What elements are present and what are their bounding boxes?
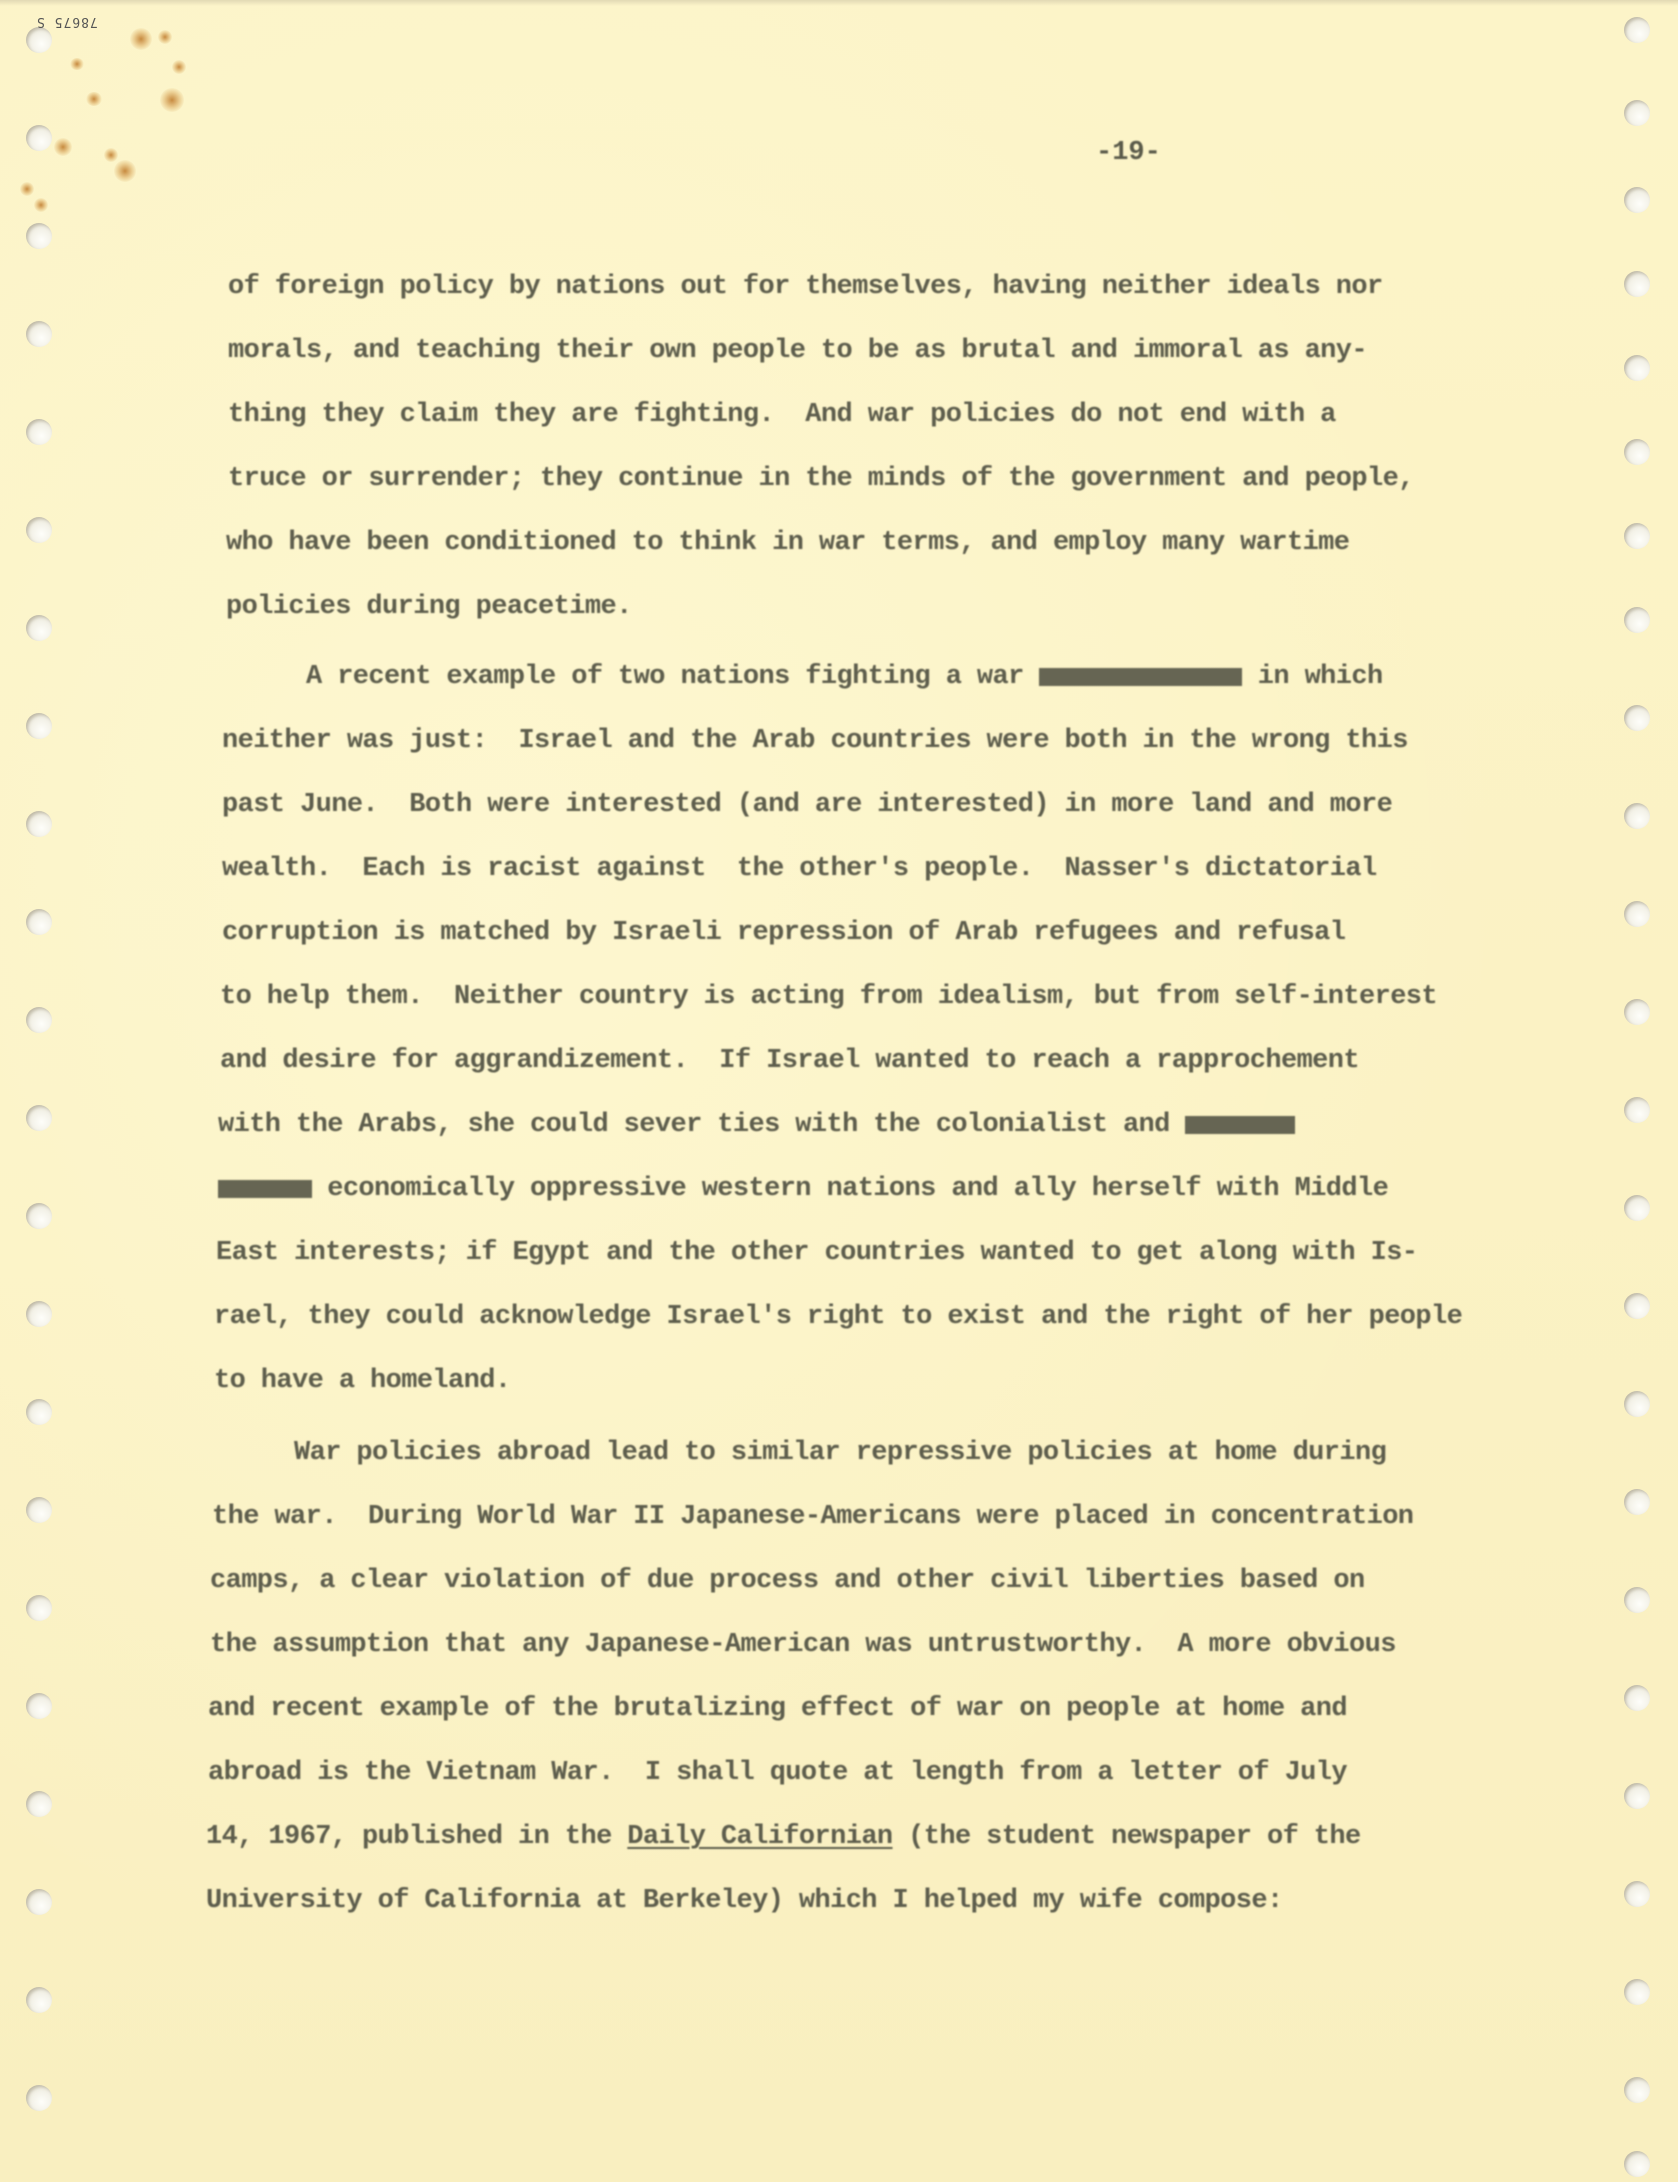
feed-hole — [26, 1203, 52, 1229]
text-segment: morals, and teaching their own people to… — [228, 336, 1367, 366]
feed-hole — [1624, 705, 1650, 731]
feed-hole — [26, 1301, 52, 1327]
text-segment: with the Arabs, she could sever ties wit… — [218, 1110, 1185, 1140]
feed-hole — [1624, 1685, 1650, 1711]
struck-out-text: xxxxxxxxxxxxx — [1039, 662, 1242, 692]
feed-hole — [26, 1007, 52, 1033]
text-segment: East interests; if Egypt and the other c… — [216, 1238, 1417, 1268]
text-line: of foreign policy by nations out for the… — [228, 274, 1383, 301]
text-segment: and recent example of the brutalizing ef… — [208, 1694, 1347, 1724]
text-line: morals, and teaching their own people to… — [228, 338, 1367, 365]
stain-spot — [20, 182, 34, 196]
page-number: -19- — [1096, 138, 1161, 168]
stain-spot — [34, 198, 48, 212]
feed-hole — [1624, 1587, 1650, 1613]
feed-hole — [1624, 17, 1650, 43]
feed-hole — [1624, 187, 1650, 213]
feed-hole — [26, 1987, 52, 2013]
underlined-title: Daily Californian — [627, 1822, 892, 1852]
text-segment: rael, they could acknowledge Israel's ri… — [214, 1302, 1462, 1332]
feed-hole — [26, 125, 52, 151]
feed-hole — [26, 1595, 52, 1621]
stain-spot — [70, 58, 84, 70]
text-segment: policies during peacetime. — [226, 592, 632, 622]
text-segment: and desire for aggrandizement. If Israel… — [220, 1046, 1359, 1076]
feed-hole — [1624, 271, 1650, 297]
feed-hole — [1624, 803, 1650, 829]
feed-hole — [1624, 1391, 1650, 1417]
text-line: who have been conditioned to think in wa… — [226, 530, 1349, 557]
feed-hole — [26, 1791, 52, 1817]
stain-spot — [86, 92, 102, 106]
text-line: East interests; if Egypt and the other c… — [216, 1240, 1417, 1267]
page-top-edge — [0, 0, 1678, 6]
feed-hole — [26, 1105, 52, 1131]
text-line: truce or surrender; they continue in the… — [228, 466, 1414, 493]
text-line: abroad is the Vietnam War. I shall quote… — [208, 1760, 1347, 1787]
feed-hole — [1624, 1489, 1650, 1515]
text-line: policies during peacetime. — [226, 594, 632, 621]
text-segment: 14, 1967, published in the — [206, 1822, 627, 1852]
text-line: corruption is matched by Israeli repress… — [222, 920, 1345, 947]
text-segment: University of California at Berkeley) wh… — [206, 1886, 1283, 1916]
feed-hole — [26, 321, 52, 347]
feed-hole — [26, 909, 52, 935]
archive-stamp: 78675 S — [36, 14, 98, 29]
feed-hole — [1624, 1195, 1650, 1221]
text-line: wealth. Each is racist against the other… — [222, 856, 1377, 883]
feed-hole — [1624, 1097, 1650, 1123]
text-segment: to help them. Neither country is acting … — [220, 982, 1437, 1012]
feed-hole — [26, 615, 52, 641]
stain-spot — [158, 30, 172, 44]
text-segment: (the student newspaper of the — [893, 1822, 1361, 1852]
text-line: and recent example of the brutalizing ef… — [208, 1696, 1347, 1723]
text-segment: of foreign policy by nations out for the… — [228, 272, 1383, 302]
stain-spot — [114, 160, 136, 182]
feed-hole — [26, 1497, 52, 1523]
feed-hole — [1624, 1881, 1650, 1907]
text-segment: wealth. Each is racist against the other… — [222, 854, 1377, 884]
text-line: rael, they could acknowledge Israel's ri… — [214, 1304, 1462, 1331]
feed-hole — [1624, 1783, 1650, 1809]
text-line: neither was just: Israel and the Arab co… — [222, 728, 1408, 755]
text-segment: the war. During World War II Japanese-Am… — [212, 1502, 1413, 1532]
text-line: camps, a clear violation of due process … — [210, 1568, 1365, 1595]
feed-hole — [1624, 999, 1650, 1025]
feed-hole — [26, 713, 52, 739]
feed-hole — [1624, 1979, 1650, 2005]
text-line: to help them. Neither country is acting … — [220, 984, 1437, 1011]
feed-hole — [1624, 607, 1650, 633]
text-segment: to have a homeland. — [214, 1366, 510, 1396]
text-line: with the Arabs, she could sever ties wit… — [218, 1112, 1295, 1139]
text-segment: abroad is the Vietnam War. I shall quote… — [208, 1758, 1347, 1788]
text-segment: neither was just: Israel and the Arab co… — [222, 726, 1408, 756]
text-segment: camps, a clear violation of due process … — [210, 1566, 1365, 1596]
text-segment: who have been conditioned to think in wa… — [226, 528, 1349, 558]
text-line: the war. During World War II Japanese-Am… — [212, 1504, 1413, 1531]
text-line: and desire for aggrandizement. If Israel… — [220, 1048, 1359, 1075]
feed-hole — [26, 1693, 52, 1719]
text-line: War policies abroad lead to similar repr… — [294, 1440, 1386, 1467]
stain-spot — [54, 138, 72, 156]
feed-hole — [1624, 523, 1650, 549]
feed-hole — [1624, 901, 1650, 927]
feed-hole — [1624, 1293, 1650, 1319]
feed-hole — [1624, 439, 1650, 465]
text-segment: economically oppressive western nations … — [312, 1174, 1389, 1204]
text-segment: past June. Both were interested (and are… — [222, 790, 1392, 820]
feed-hole — [26, 419, 52, 445]
text-segment: in which — [1242, 662, 1382, 692]
typewritten-page: 78675 S -19- of foreign policy by nation… — [0, 0, 1678, 2182]
feed-hole — [26, 1889, 52, 1915]
text-line: University of California at Berkeley) wh… — [206, 1888, 1283, 1915]
text-line: 14, 1967, published in the Daily Califor… — [206, 1824, 1361, 1851]
text-line: past June. Both were interested (and are… — [222, 792, 1392, 819]
text-segment: the assumption that any Japanese-America… — [210, 1630, 1396, 1660]
feed-hole — [26, 1399, 52, 1425]
feed-hole — [26, 223, 52, 249]
stain-spot — [130, 28, 152, 50]
text-segment: thing they claim they are fighting. And … — [228, 400, 1336, 430]
text-line: A recent example of two nations fighting… — [306, 664, 1383, 691]
feed-hole — [1624, 355, 1650, 381]
feed-hole — [1624, 100, 1650, 126]
text-line: xxxxxx economically oppressive western n… — [218, 1176, 1388, 1203]
stain-spot — [160, 88, 184, 112]
stain-spot — [172, 60, 186, 74]
text-segment: A recent example of two nations fighting… — [306, 662, 1039, 692]
text-segment: War policies abroad lead to similar repr… — [294, 1438, 1386, 1468]
struck-out-text: xxxxxx — [218, 1174, 312, 1204]
text-line: to have a homeland. — [214, 1368, 510, 1395]
struck-out-text: xxxxxxx — [1185, 1110, 1294, 1140]
feed-hole — [1624, 2151, 1650, 2177]
text-line: the assumption that any Japanese-America… — [210, 1632, 1396, 1659]
stain-spot — [104, 148, 118, 162]
feed-hole — [26, 811, 52, 837]
text-line: thing they claim they are fighting. And … — [228, 402, 1336, 429]
text-segment: corruption is matched by Israeli repress… — [222, 918, 1345, 948]
feed-hole — [26, 27, 52, 53]
text-segment: truce or surrender; they continue in the… — [228, 464, 1414, 494]
feed-hole — [1624, 2077, 1650, 2103]
feed-hole — [26, 2085, 52, 2111]
feed-hole — [26, 517, 52, 543]
